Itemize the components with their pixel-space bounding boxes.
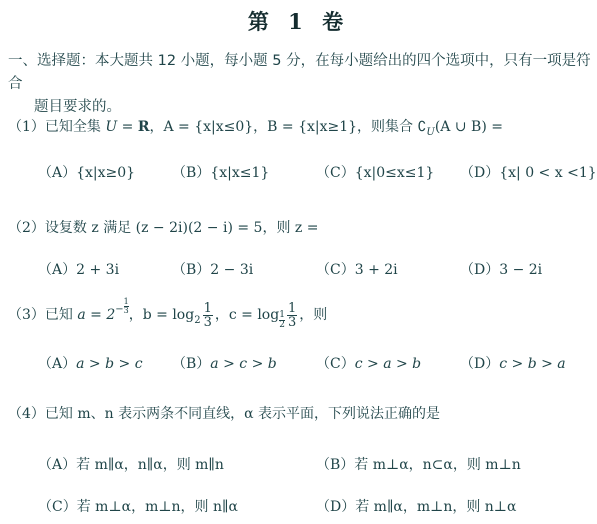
q1-option-d[interactable]: （D）{x| 0 < x <1} [460, 162, 597, 182]
option-label: （D） [316, 499, 355, 515]
option-label: （C） [316, 165, 355, 181]
option-label: （B） [172, 165, 210, 181]
q4-option-c[interactable]: （C）若 m⊥α，m⊥n，则 n∥α [38, 496, 238, 516]
option-label: （A） [38, 165, 76, 181]
option-label: （A） [38, 457, 76, 473]
q4-number: （4） [8, 406, 45, 422]
option-text: a > c > b [210, 356, 276, 372]
question-2-stem: （2）设复数 z 满足 (z − 2i)(2 − i) = 5，则 z = [8, 217, 318, 237]
option-text: 2 + 3i [76, 262, 119, 278]
option-text: 若 m∥α，m⊥n，则 n⊥α [355, 499, 516, 515]
option-label: （C） [316, 262, 355, 278]
denominator: 3 [287, 316, 297, 329]
q3-c-fraction: 13 [287, 302, 297, 329]
q1-eq: = [117, 119, 138, 135]
option-label: （D） [460, 165, 499, 181]
numerator: 1 [203, 302, 213, 316]
option-text: 若 m⊥α，n⊂α，则 m⊥n [354, 457, 520, 473]
option-text: c > a > b [355, 356, 421, 372]
question-4-stem: （4）已知 m、n 表示两条不同直线，α 表示平面，下列说法正确的是 [8, 403, 440, 423]
option-label: （C） [38, 499, 77, 515]
option-text: 若 m∥α，n∥α，则 m∥n [76, 457, 224, 473]
option-text: {x| 0 < x <1} [499, 165, 596, 181]
q1-option-c[interactable]: （C）{x|0≤x≤1} [316, 162, 434, 182]
q4-option-a[interactable]: （A）若 m∥α，n∥α，则 m∥n [38, 454, 224, 474]
q4-option-d[interactable]: （D）若 m∥α，m⊥n，则 n⊥α [316, 496, 516, 516]
option-label: （B） [172, 262, 210, 278]
q2-text: 设复数 z 满足 (z − 2i)(2 − i) = 5，则 z = [45, 220, 319, 236]
q3-c-def: ，c = log [215, 307, 279, 323]
q3-prefix: （3）已知 [8, 307, 77, 323]
q1-option-a[interactable]: （A）{x|x≥0} [38, 162, 135, 182]
q2-option-a[interactable]: （A）2 + 3i [38, 259, 119, 279]
option-label: （A） [38, 356, 76, 372]
q3-option-c[interactable]: （C）c > a > b [316, 353, 421, 373]
q3-a-def: a = 2 [77, 307, 115, 323]
q3-option-d[interactable]: （D）c > b > a [460, 353, 566, 373]
q1-prefix: （1）已知全集 [8, 119, 105, 135]
numerator: 1 [287, 302, 297, 316]
q2-option-c[interactable]: （C）3 + 2i [316, 259, 398, 279]
q3-b-def: ，b = log [129, 307, 194, 323]
page-title: 第 1 卷 [0, 6, 597, 36]
option-label: （C） [316, 356, 355, 372]
option-text: {x|x≥0} [76, 165, 135, 181]
q3-c-base-fraction: 12 [279, 311, 285, 330]
q4-option-b[interactable]: （B）若 m⊥α，n⊂α，则 m⊥n [316, 454, 521, 474]
q1-sub-U: U [426, 127, 434, 138]
option-text: a > b > c [76, 356, 142, 372]
q3-b-fraction: 13 [203, 302, 213, 329]
q1-U: U [105, 119, 117, 135]
q3-b-base: 2 [194, 315, 200, 326]
option-label: （D） [460, 262, 499, 278]
denominator: 2 [279, 320, 285, 330]
option-label: （B） [172, 356, 210, 372]
option-text: {x|x≤1} [210, 165, 269, 181]
denominator: 3 [203, 316, 213, 329]
q3-tail: ，则 [299, 307, 327, 323]
q1-option-b[interactable]: （B）{x|x≤1} [172, 162, 269, 182]
option-label: （A） [38, 262, 76, 278]
q1-tail: (A ∪ B) = [435, 119, 503, 135]
q2-option-d[interactable]: （D）3 − 2i [460, 259, 542, 279]
option-label: （D） [460, 356, 499, 372]
section-heading: 一、选择题：本大题共 12 小题，每小题 5 分，在每小题给出的四个选项中，只有… [8, 50, 593, 119]
option-text: {x|0≤x≤1} [355, 165, 435, 181]
q1-R: R [138, 119, 150, 135]
q1-sets: ，A = {x|x≤0}，B = {x|x≥1}，则集合 [149, 119, 417, 135]
option-text: 2 − 3i [210, 262, 253, 278]
section-heading-line1: 一、选择题：本大题共 12 小题，每小题 5 分，在每小题给出的四个选项中，只有… [8, 53, 591, 92]
q2-option-b[interactable]: （B）2 − 3i [172, 259, 253, 279]
q3-option-a[interactable]: （A）a > b > c [38, 353, 143, 373]
option-text: 3 − 2i [499, 262, 542, 278]
option-text: 3 + 2i [355, 262, 398, 278]
q2-number: （2） [8, 220, 45, 236]
option-text: c > b > a [499, 356, 565, 372]
option-label: （B） [316, 457, 354, 473]
question-1-stem: （1）已知全集 U = R，A = {x|x≤0}，B = {x|x≥1}，则集… [8, 116, 503, 138]
question-3-stem: （3）已知 a = 2−13，b = log213，c = log1213，则 [8, 298, 327, 330]
q3-option-b[interactable]: （B）a > c > b [172, 353, 277, 373]
q3-exp-sign: − [115, 304, 123, 315]
option-text: 若 m⊥α，m⊥n，则 n∥α [77, 499, 238, 515]
q4-text: 已知 m、n 表示两条不同直线，α 表示平面，下列说法正确的是 [45, 406, 440, 422]
